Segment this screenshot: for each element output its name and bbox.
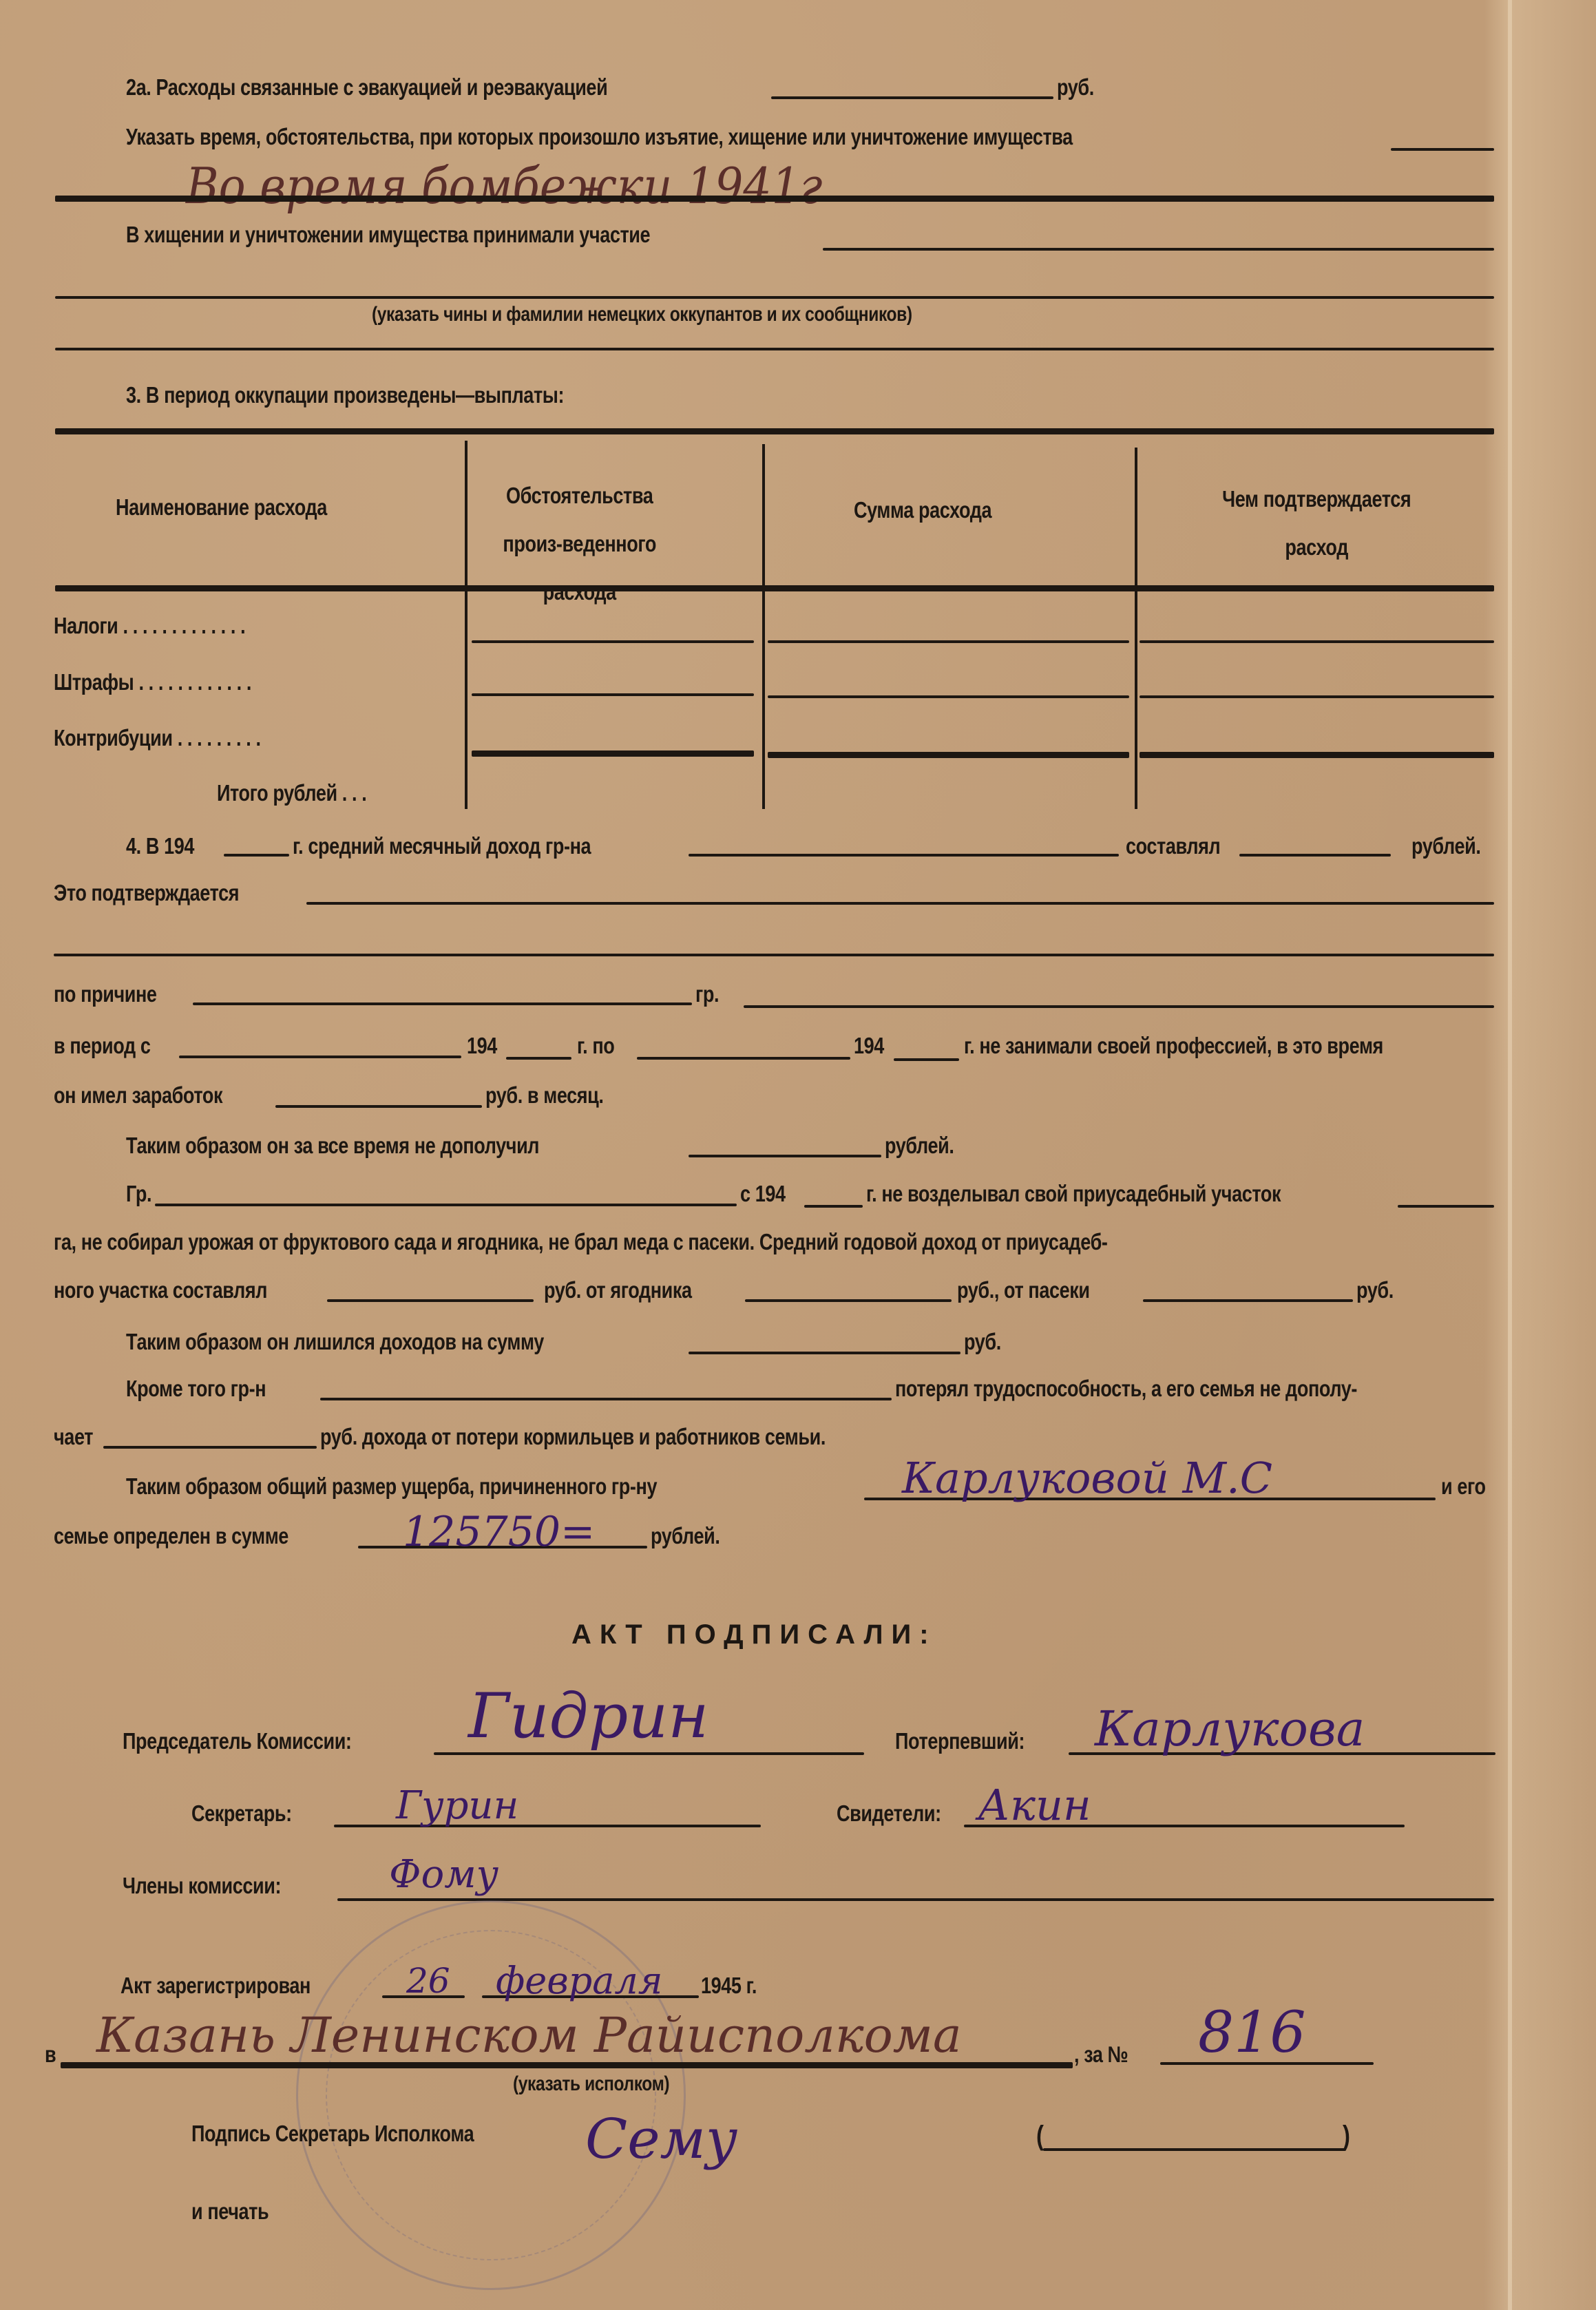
s4-period-suffix: г. не занимали своей профессией, в это в… [964,1033,1383,1059]
s4-lost-income-prefix: Таким образом он лишился доходов на сумм… [126,1329,544,1355]
section-2a-field[interactable] [771,96,1053,99]
table-col-divider-3 [1135,448,1137,809]
s4-period-y2: 194 [854,1033,884,1059]
s4-period-y2-field[interactable] [894,1058,959,1061]
registration-year: 1945 г. [701,1973,757,1999]
members-label: Члены комиссии: [123,1873,281,1899]
table-row-fines: Штрафы . . . . . . . . . . . . [54,669,251,695]
exec-secretary-name-field[interactable] [1043,2148,1346,2151]
table-header-border [55,585,1494,591]
s4-damage-amount: 125750= [403,1508,595,1556]
registration-label: Акт зарегистрирован [120,1973,311,1999]
table-header-circumstances: Обстоятельства произ-веденного расхода [475,472,684,616]
participants-field[interactable] [823,248,1494,251]
s4-period-y1: 194 [467,1033,497,1059]
section-2a-unit: руб. [1057,74,1094,101]
taxes-proof-field[interactable] [1140,640,1494,643]
taxes-circumstances-field[interactable] [472,640,754,643]
circumstances-field-end[interactable] [1391,148,1494,151]
s4-lost-income-suffix: руб. [964,1329,1001,1355]
chairman-label: Председатель Комиссии: [123,1728,352,1754]
s4-berry-income-field[interactable] [745,1299,952,1302]
seal-label: и печать [191,2198,269,2225]
s4-plot-income-p3: руб. [1356,1277,1394,1303]
s4-citizen-field[interactable] [689,854,1119,857]
victim-label: Потерпевший: [895,1728,1025,1754]
s4-underpaid-suffix: рублей. [885,1133,954,1159]
members-sign-field[interactable] [337,1898,1494,1901]
exec-secretary-sign-label: Подпись Секретарь Исполкома [191,2121,474,2147]
witnesses-signature: Акин [978,1780,1091,1830]
s4-plot-income-field[interactable] [327,1299,534,1302]
executive-committee-hint: (указать исполком) [513,2072,669,2096]
table-row-contributions: Контрибуции . . . . . . . . . [54,725,261,751]
victim-signature: Карлукова [1095,1701,1365,1757]
s4-period-y1-field[interactable] [506,1057,571,1060]
secretary-label: Секретарь: [191,1800,292,1827]
signed-heading: АКТ ПОДПИСАЛИ: [571,1619,937,1650]
s4-total-suffix: и его [1441,1473,1486,1500]
s4-reason-mid: гр. [695,981,719,1007]
s4-period-prefix: в период с [54,1033,151,1059]
s4-family-prefix: чает [54,1424,93,1450]
s4-plot-year-field[interactable] [804,1205,863,1208]
parens-close: ) [1343,2121,1350,2152]
table-header-sum: Сумма расхода [854,497,991,523]
executive-committee-name: Казань Ленинском Райисполкома [96,2007,962,2064]
contributions-proof-field[interactable] [1140,752,1494,758]
s4-plot-mid: с 194 [740,1181,786,1207]
s4-confirmed-line-2[interactable] [54,954,1494,956]
s4-confirmed-label: Это подтверждается [54,880,239,906]
s4-plot-area-field[interactable] [1398,1205,1494,1208]
contributions-circumstances-field[interactable] [472,750,754,757]
s4-confirmed-field[interactable] [306,902,1494,905]
s4-line1-prefix: 4. В 194 [126,833,194,859]
s4-total-line2-suffix: рублей. [651,1523,720,1549]
s4-disability-suffix: потерял трудоспособность, а его семья не… [895,1376,1357,1402]
s4-plot-income-p2: руб., от пасеки [957,1277,1090,1303]
s4-earnings-suffix: руб. в месяц. [485,1082,604,1109]
registration-number-label: , за № [1074,2041,1128,2068]
section-2a-label: 2а. Расходы связанные с эвакуацией и реэ… [126,74,607,101]
s4-earnings-prefix: он имел заработок [54,1082,222,1109]
s4-plot-income-p1: руб. от ягодника [544,1277,692,1303]
s4-reason-field[interactable] [193,1002,692,1005]
table-header-proof: Чем подтверждается расход [1198,475,1435,571]
s4-victim-name: Карлуковой М.С [902,1453,1272,1503]
exec-secretary-signature: Сему [585,2107,737,2171]
registration-number: 816 [1198,2000,1306,2066]
members-signature: Фому [389,1852,498,1897]
fines-sum-field[interactable] [768,695,1129,698]
participants-label: В хищении и уничтожении имущества приним… [126,222,650,248]
paper-fold [1508,0,1512,2310]
s4-disability-citizen-field[interactable] [320,1398,892,1400]
s4-line1-mid1: г. средний месячный доход гр-на [293,833,591,859]
registration-in-prefix: в [45,2041,56,2068]
secretary-signature: Гурин [396,1783,518,1828]
s4-family-field[interactable] [103,1446,317,1449]
s4-plot-citizen-field[interactable] [155,1204,737,1206]
taxes-sum-field[interactable] [768,640,1129,643]
table-top-border [55,428,1494,434]
s4-plot-income-prefix: ного участка составлял [54,1277,267,1303]
s4-earnings-field[interactable] [275,1105,482,1108]
s4-reason-citizen-field[interactable] [744,1005,1494,1008]
s4-plot-suffix: г. не возделывал свой приусадебный участ… [866,1181,1281,1207]
contributions-sum-field[interactable] [768,752,1129,758]
participants-line-2[interactable] [55,296,1494,299]
participants-line-3[interactable] [55,348,1494,350]
witnesses-label: Свидетели: [837,1800,941,1827]
s4-underpaid-field[interactable] [689,1155,881,1157]
s4-underpaid-prefix: Таким образом он за все время не дополуч… [126,1133,539,1159]
table-header-name: Наименование расхода [116,494,327,521]
participants-hint: (указать чины и фамилии немецких оккупан… [372,303,912,326]
s4-disability-prefix: Кроме того гр-н [126,1376,266,1402]
table-col-divider-1 [465,441,468,809]
circumstances-line[interactable] [55,196,1494,202]
chairman-signature: Гидрин [468,1680,708,1752]
s4-total-line2-prefix: семье определен в сумме [54,1523,288,1549]
s4-line1-suffix: рублей. [1411,833,1480,859]
s4-family-suffix: руб. дохода от потери кормильцев и работ… [320,1424,826,1450]
s4-period-mid: г. по [577,1033,614,1059]
s4-total-prefix: Таким образом общий размер ущерба, причи… [126,1473,657,1500]
fines-circumstances-field[interactable] [472,693,754,696]
s4-income-field[interactable] [1239,854,1391,857]
registration-day: 26 [406,1961,450,2001]
s4-period-to-field[interactable] [637,1057,850,1060]
section-3-label: 3. В период оккупации произведены—выплат… [126,382,564,408]
s4-plot-prefix: Гр. [126,1181,151,1207]
s4-apiary-income-field[interactable] [1143,1299,1353,1302]
chairman-sign-field[interactable] [434,1752,864,1755]
s4-period-from-field[interactable] [179,1056,461,1058]
circumstances-label: Указать время, обстоятельства, при котор… [126,124,1073,150]
s4-year-field[interactable] [224,854,289,857]
table-total-label: Итого рублей . . . [217,780,366,806]
table-col-divider-2 [762,444,765,809]
s4-harvest-text: га, не собирал урожая от фруктового сада… [54,1229,1107,1255]
circumstances-handwritten: Во время бомбежки 1941г [186,157,823,215]
registration-month: февраля [496,1959,663,2002]
table-row-taxes: Налоги . . . . . . . . . . . . . [54,613,245,639]
s4-reason-label: по причине [54,981,157,1007]
fines-proof-field[interactable] [1140,695,1494,698]
s4-lost-income-field[interactable] [689,1352,960,1354]
parens-open: ( [1036,2121,1044,2152]
s4-line1-mid2: составлял [1126,833,1220,859]
